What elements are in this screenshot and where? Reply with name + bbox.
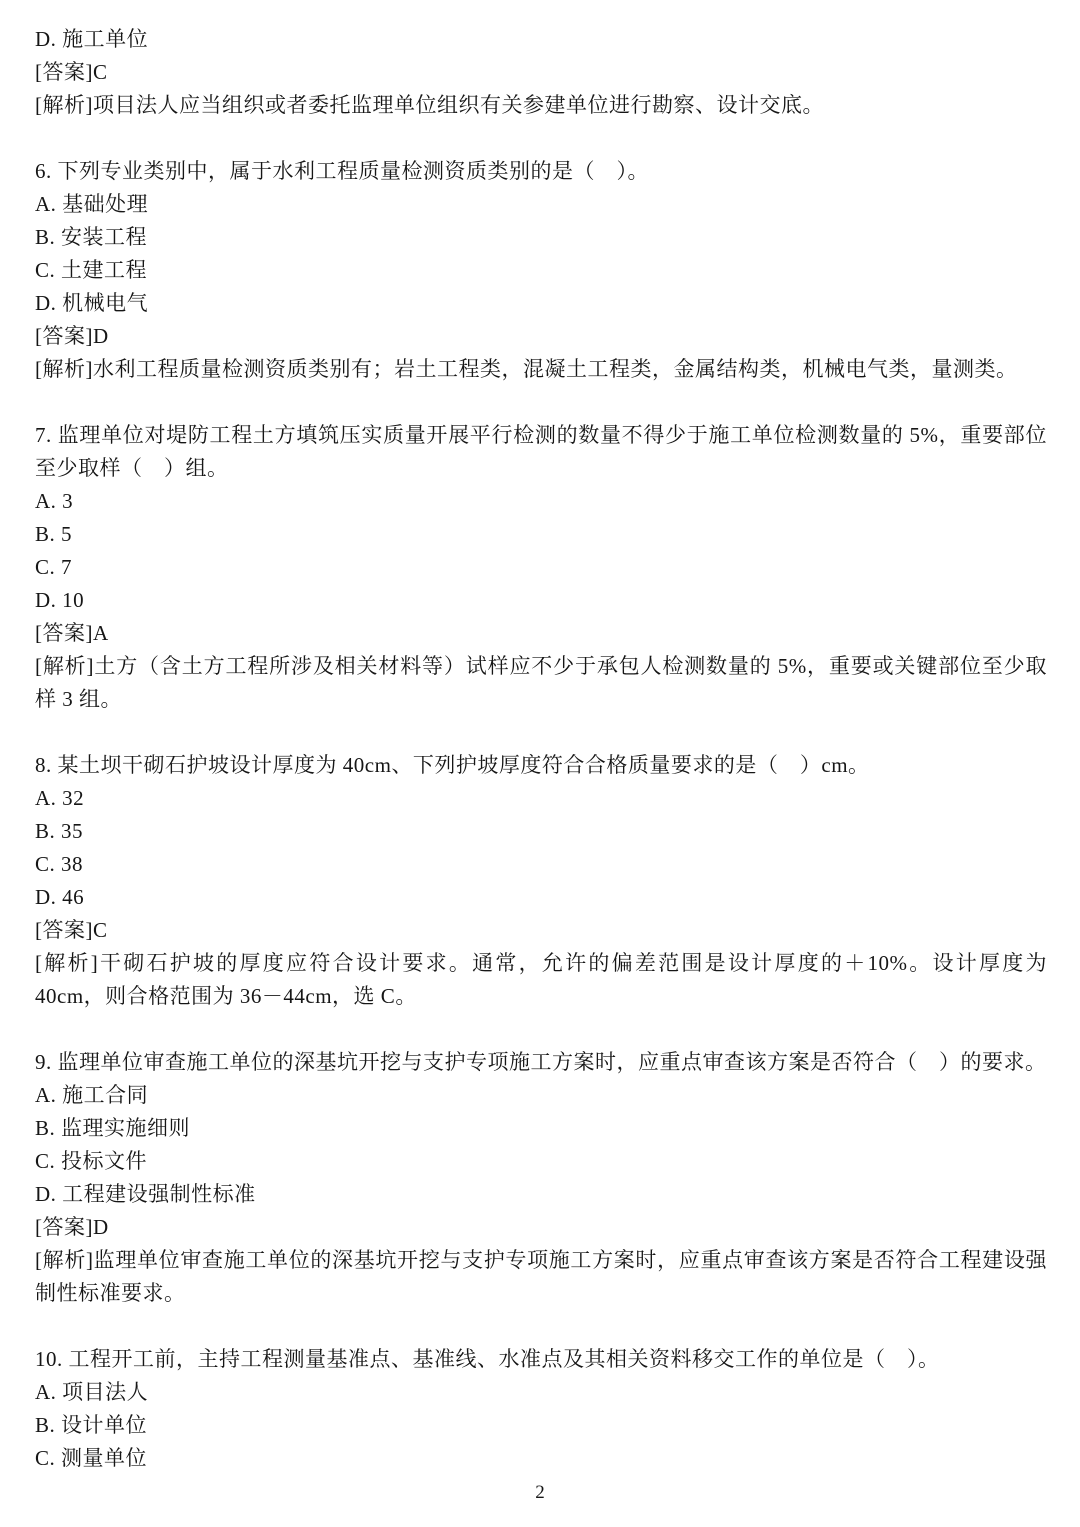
question-8-stem: 8. 某土坝干砌石护坡设计厚度为 40cm、下列护坡厚度符合合格质量要求的是（ …: [35, 749, 1047, 782]
question-8-block: 8. 某土坝干砌石护坡设计厚度为 40cm、下列护坡厚度符合合格质量要求的是（ …: [35, 749, 1047, 1013]
question-10-stem: 10. 工程开工前，主持工程测量基准点、基准线、水准点及其相关资料移交工作的单位…: [35, 1343, 1047, 1376]
question-9-option-b: B. 监理实施细则: [35, 1112, 1047, 1145]
question-10-option-c: C. 测量单位: [35, 1442, 1047, 1475]
question-6-explanation: [解析]水利工程质量检测资质类别有；岩土工程类，混凝土工程类，金属结构类，机械电…: [35, 353, 1047, 386]
question-7-option-d: D. 10: [35, 584, 1047, 617]
question-10-option-b: B. 设计单位: [35, 1409, 1047, 1442]
question-7-block: 7. 监理单位对堤防工程土方填筑压实质量开展平行检测的数量不得少于施工单位检测数…: [35, 419, 1047, 716]
question-9-answer: [答案]D: [35, 1211, 1047, 1244]
carryover-option-d: D. 施工单位: [35, 23, 1047, 56]
question-9-option-d: D. 工程建设强制性标准: [35, 1178, 1047, 1211]
carryover-explanation: [解析]项目法人应当组织或者委托监理单位组织有关参建单位进行勘察、设计交底。: [35, 89, 1047, 122]
question-7-explanation: [解析]土方（含土方工程所涉及相关材料等）试样应不少于承包人检测数量的 5%，重…: [35, 650, 1047, 716]
question-6-stem: 6. 下列专业类别中，属于水利工程质量检测资质类别的是（ ）。: [35, 155, 1047, 188]
question-8-explanation: [解析]干砌石护坡的厚度应符合设计要求。通常，允许的偏差范围是设计厚度的＋10%…: [35, 947, 1047, 1013]
document-page: D. 施工单位 [答案]C [解析]项目法人应当组织或者委托监理单位组织有关参建…: [0, 0, 1080, 1527]
carryover-answer: [答案]C: [35, 56, 1047, 89]
page-content: D. 施工单位 [答案]C [解析]项目法人应当组织或者委托监理单位组织有关参建…: [35, 23, 1047, 1475]
question-7-answer: [答案]A: [35, 617, 1047, 650]
question-8-option-a: A. 32: [35, 782, 1047, 815]
question-6-option-c: C. 土建工程: [35, 254, 1047, 287]
question-6-block: 6. 下列专业类别中，属于水利工程质量检测资质类别的是（ ）。 A. 基础处理 …: [35, 155, 1047, 386]
page-footer: 2: [0, 1482, 1080, 1504]
question-8-answer: [答案]C: [35, 914, 1047, 947]
question-9-option-c: C. 投标文件: [35, 1145, 1047, 1178]
question-7-option-b: B. 5: [35, 518, 1047, 551]
question-7-option-a: A. 3: [35, 485, 1047, 518]
question-7-option-c: C. 7: [35, 551, 1047, 584]
question-6-answer: [答案]D: [35, 320, 1047, 353]
question-9-option-a: A. 施工合同: [35, 1079, 1047, 1112]
question-6-option-a: A. 基础处理: [35, 188, 1047, 221]
question-8-option-b: B. 35: [35, 815, 1047, 848]
question-6-option-d: D. 机械电气: [35, 287, 1047, 320]
page-number: 2: [535, 1482, 545, 1503]
question-9-explanation: [解析]监理单位审查施工单位的深基坑开挖与支护专项施工方案时，应重点审查该方案是…: [35, 1244, 1047, 1310]
question-6-option-b: B. 安装工程: [35, 221, 1047, 254]
question-7-stem: 7. 监理单位对堤防工程土方填筑压实质量开展平行检测的数量不得少于施工单位检测数…: [35, 419, 1047, 485]
question-10-block: 10. 工程开工前，主持工程测量基准点、基准线、水准点及其相关资料移交工作的单位…: [35, 1343, 1047, 1475]
question-8-option-d: D. 46: [35, 881, 1047, 914]
question-9-stem: 9. 监理单位审查施工单位的深基坑开挖与支护专项施工方案时，应重点审查该方案是否…: [35, 1046, 1047, 1079]
question-9-block: 9. 监理单位审查施工单位的深基坑开挖与支护专项施工方案时，应重点审查该方案是否…: [35, 1046, 1047, 1310]
question-8-option-c: C. 38: [35, 848, 1047, 881]
question-10-option-a: A. 项目法人: [35, 1376, 1047, 1409]
carryover-question-block: D. 施工单位 [答案]C [解析]项目法人应当组织或者委托监理单位组织有关参建…: [35, 23, 1047, 122]
